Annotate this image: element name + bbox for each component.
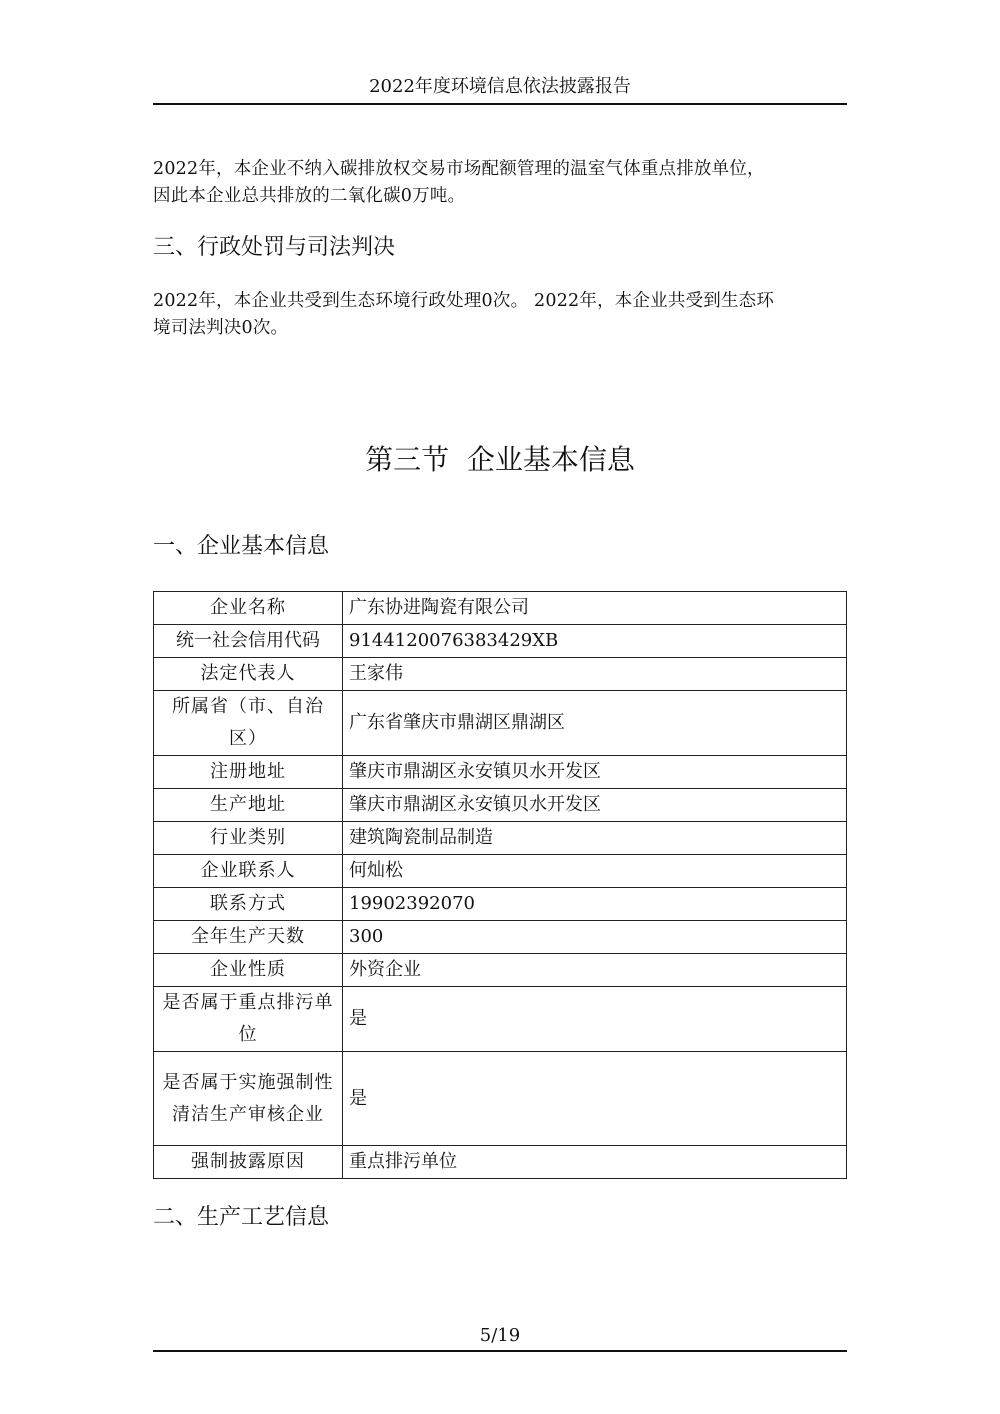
row-label: 注册地址 xyxy=(154,756,343,789)
table-row: 法定代表人 王家伟 xyxy=(154,658,847,691)
row-value: 19902392070 xyxy=(343,888,847,921)
row-value: 重点排污单位 xyxy=(343,1146,847,1179)
row-value: 建筑陶瓷制品制造 xyxy=(343,822,847,855)
row-label: 生产地址 xyxy=(154,789,343,822)
basic-info-heading: 一、企业基本信息 xyxy=(153,532,329,562)
row-value: 是 xyxy=(343,987,847,1052)
table-row: 生产地址 肇庆市鼎湖区永安镇贝水开发区 xyxy=(154,789,847,822)
row-label: 是否属于实施强制性清洁生产审核企业 xyxy=(154,1052,343,1146)
penalties-paragraph: 2022年，本企业共受到生态环境行政处理0次。 2022年，本企业共受到生态环 … xyxy=(153,288,847,342)
row-label: 企业联系人 xyxy=(154,855,343,888)
table-row: 是否属于实施强制性清洁生产审核企业 是 xyxy=(154,1052,847,1146)
table-row: 所属省（市、自治区） 广东省肇庆市鼎湖区鼎湖区 xyxy=(154,691,847,756)
row-value: 外资企业 xyxy=(343,954,847,987)
table-row: 全年生产天数 300 xyxy=(154,921,847,954)
header-rule xyxy=(153,103,847,105)
row-label: 强制披露原因 xyxy=(154,1146,343,1179)
carbon-paragraph-line-2: 因此本企业总共排放的二氧化碳0万吨。 xyxy=(153,183,847,210)
carbon-paragraph-line-1: 2022年，本企业不纳入碳排放权交易市场配额管理的温室气体重点排放单位， xyxy=(153,156,847,183)
table-row: 行业类别 建筑陶瓷制品制造 xyxy=(154,822,847,855)
row-label: 统一社会信用代码 xyxy=(154,625,343,658)
row-label: 行业类别 xyxy=(154,822,343,855)
basic-info-table: 企业名称 广东协进陶瓷有限公司 统一社会信用代码 914412007638342… xyxy=(153,591,847,1179)
row-label: 企业名称 xyxy=(154,592,343,625)
row-label: 法定代表人 xyxy=(154,658,343,691)
table-row: 企业名称 广东协进陶瓷有限公司 xyxy=(154,592,847,625)
table-row: 统一社会信用代码 9144120076383429XB xyxy=(154,625,847,658)
row-value: 何灿松 xyxy=(343,855,847,888)
carbon-paragraph: 2022年，本企业不纳入碳排放权交易市场配额管理的温室气体重点排放单位， 因此本… xyxy=(153,156,847,210)
penalties-paragraph-line-1: 2022年，本企业共受到生态环境行政处理0次。 2022年，本企业共受到生态环 xyxy=(153,288,847,315)
row-value: 广东省肇庆市鼎湖区鼎湖区 xyxy=(343,691,847,756)
penalties-paragraph-line-2: 境司法判决0次。 xyxy=(153,315,847,342)
penalties-heading: 三、行政处罚与司法判决 xyxy=(153,233,395,263)
row-value: 肇庆市鼎湖区永安镇贝水开发区 xyxy=(343,756,847,789)
row-value: 300 xyxy=(343,921,847,954)
row-value: 广东协进陶瓷有限公司 xyxy=(343,592,847,625)
table-row: 注册地址 肇庆市鼎湖区永安镇贝水开发区 xyxy=(154,756,847,789)
table-row: 联系方式 19902392070 xyxy=(154,888,847,921)
row-label: 企业性质 xyxy=(154,954,343,987)
row-value: 9144120076383429XB xyxy=(343,625,847,658)
table-row: 强制披露原因 重点排污单位 xyxy=(154,1146,847,1179)
process-info-heading: 二、生产工艺信息 xyxy=(153,1203,329,1233)
row-label: 所属省（市、自治区） xyxy=(154,691,343,756)
row-label: 全年生产天数 xyxy=(154,921,343,954)
section-title: 第三节 企业基本信息 xyxy=(153,440,847,480)
row-value: 是 xyxy=(343,1052,847,1146)
table-row: 是否属于重点排污单位 是 xyxy=(154,987,847,1052)
row-value: 王家伟 xyxy=(343,658,847,691)
page-number: 5/19 xyxy=(153,1323,847,1349)
footer-rule xyxy=(153,1350,847,1352)
row-label: 是否属于重点排污单位 xyxy=(154,987,343,1052)
row-value: 肇庆市鼎湖区永安镇贝水开发区 xyxy=(343,789,847,822)
document-header-title: 2022年度环境信息依法披露报告 xyxy=(153,74,847,100)
table-row: 企业性质 外资企业 xyxy=(154,954,847,987)
table-row: 企业联系人 何灿松 xyxy=(154,855,847,888)
row-label: 联系方式 xyxy=(154,888,343,921)
